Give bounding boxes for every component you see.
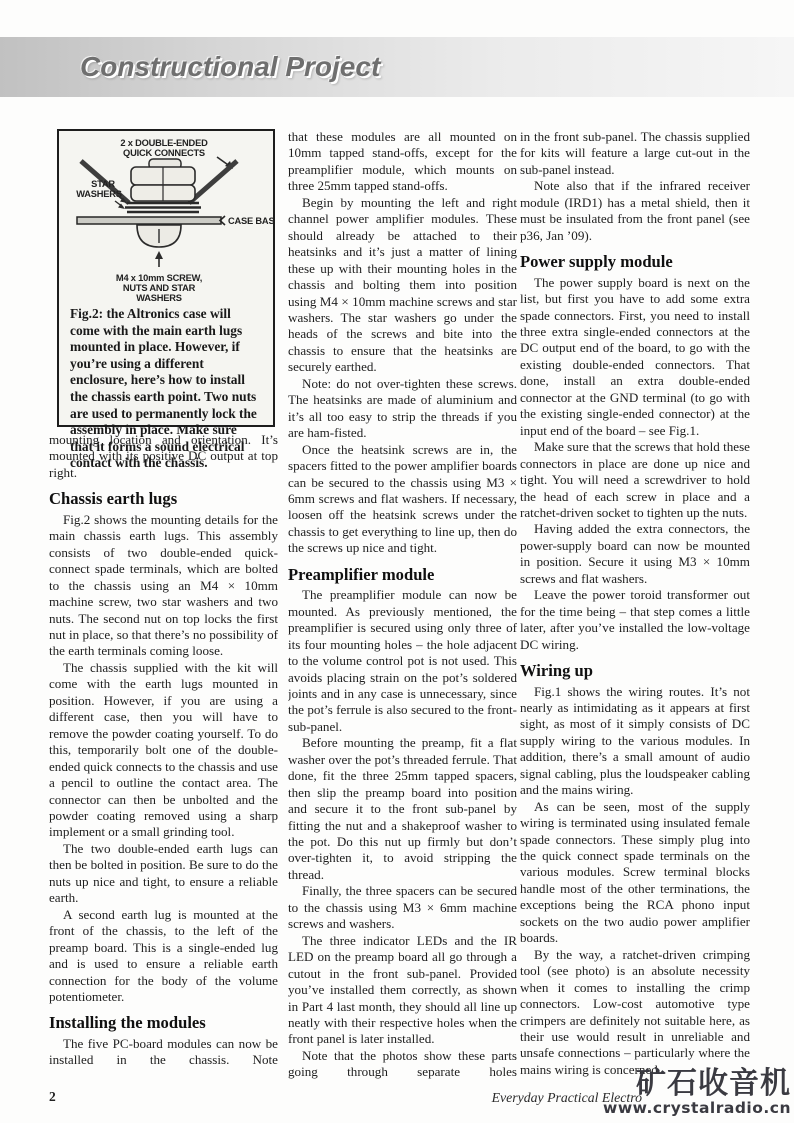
paragraph: The preamplifier module can now be mount… [288,587,517,735]
paragraph: Make sure that the screws that hold thes… [520,439,750,521]
watermark: 矿石收音机 www.crystalradio.cn [603,1068,791,1117]
paragraph: Having added the extra connectors, the p… [520,521,750,587]
paragraph: Leave the power toroid transformer out f… [520,587,750,653]
diagram-label-quick-connects-1: 2 x DOUBLE-ENDED [120,138,208,148]
paragraph: that these modules are all mounted on 10… [288,129,517,195]
diagram-label-screw-2: NUTS AND STAR [123,283,196,293]
text-column-right: in the front sub-panel. The chassis supp… [520,129,750,1079]
figure-2-box: 2 x DOUBLE-ENDED QUICK CONNECTS [57,129,275,427]
section-heading-installing-the-modules: Installing the modules [49,1015,278,1031]
page-number: 2 [49,1089,56,1105]
diagram-label-quick-connects-2: QUICK CONNECTS [123,148,205,158]
paragraph: The power supply board is next on the li… [520,275,750,440]
diagram-label-star-washers-2: WASHERS [76,189,122,199]
paragraph: Fig.1 shows the wiring routes. It’s not … [520,684,750,799]
section-heading-preamplifier-module: Preamplifier module [288,567,517,583]
paragraph: Note that the photos show these parts go… [288,1048,517,1079]
diagram-label-star-washers-1: STAR [91,179,115,189]
watermark-cjk-logo: 矿石收音机 [603,1068,791,1100]
star-washers [125,203,201,212]
paragraph: Before mounting the preamp, fit a flat w… [288,735,517,883]
paragraph: Note also that if the infrared receiver … [520,178,750,244]
paragraph: mounting location and orientation. It’s … [49,432,278,481]
paragraph: A second earth lug is mounted at the fro… [49,907,278,1006]
paragraph: The chassis supplied with the kit will c… [49,660,278,841]
paragraph: in the front sub-panel. The chassis supp… [520,129,750,178]
paragraph: Begin by mounting the left and right cha… [288,195,517,376]
section-heading-chassis-earth-lugs: Chassis earth lugs [49,491,278,507]
paragraph: By the way, a ratchet-driven crimping to… [520,947,750,1079]
nut-stack [131,159,195,201]
paragraph: As can be seen, most of the supply wirin… [520,799,750,947]
magazine-page: Constructional Project 2 x DOUBLE-ENDED … [0,0,794,1123]
text-column-left: mounting location and orientation. It’s … [49,432,278,1078]
paragraph: Once the heatsink screws are in, the spa… [288,442,517,557]
paragraph: The five PC-board modules can now be ins… [49,1036,278,1069]
earth-lug-diagram: 2 x DOUBLE-ENDED QUICK CONNECTS [59,133,273,305]
watermark-url: www.crystalradio.cn [603,1100,791,1117]
case-base-bar [77,216,225,225]
screw-head [137,225,181,247]
diagram-label-case-base: CASE BASE [228,216,273,226]
page-title: Constructional Project [80,37,380,97]
paragraph: Fig.2 shows the mounting details for the… [49,512,278,660]
diagram-label-screw-1: M4 x 10mm SCREW, [116,273,202,283]
header-banner: Constructional Project [0,37,794,97]
section-heading-wiring-up: Wiring up [520,663,750,679]
paragraph: The two double-ended earth lugs can then… [49,841,278,907]
text-column-middle: that these modules are all mounted on 10… [288,129,517,1079]
diagram-label-screw-3: WASHERS [136,293,182,303]
paragraph: Note: do not over-tighten these screws. … [288,376,517,442]
paragraph: Finally, the three spacers can be secure… [288,883,517,932]
section-heading-power-supply-module: Power supply module [520,254,750,270]
arrow-up-icon [155,251,163,267]
paragraph: The three indicator LEDs and the IR LED … [288,933,517,1048]
